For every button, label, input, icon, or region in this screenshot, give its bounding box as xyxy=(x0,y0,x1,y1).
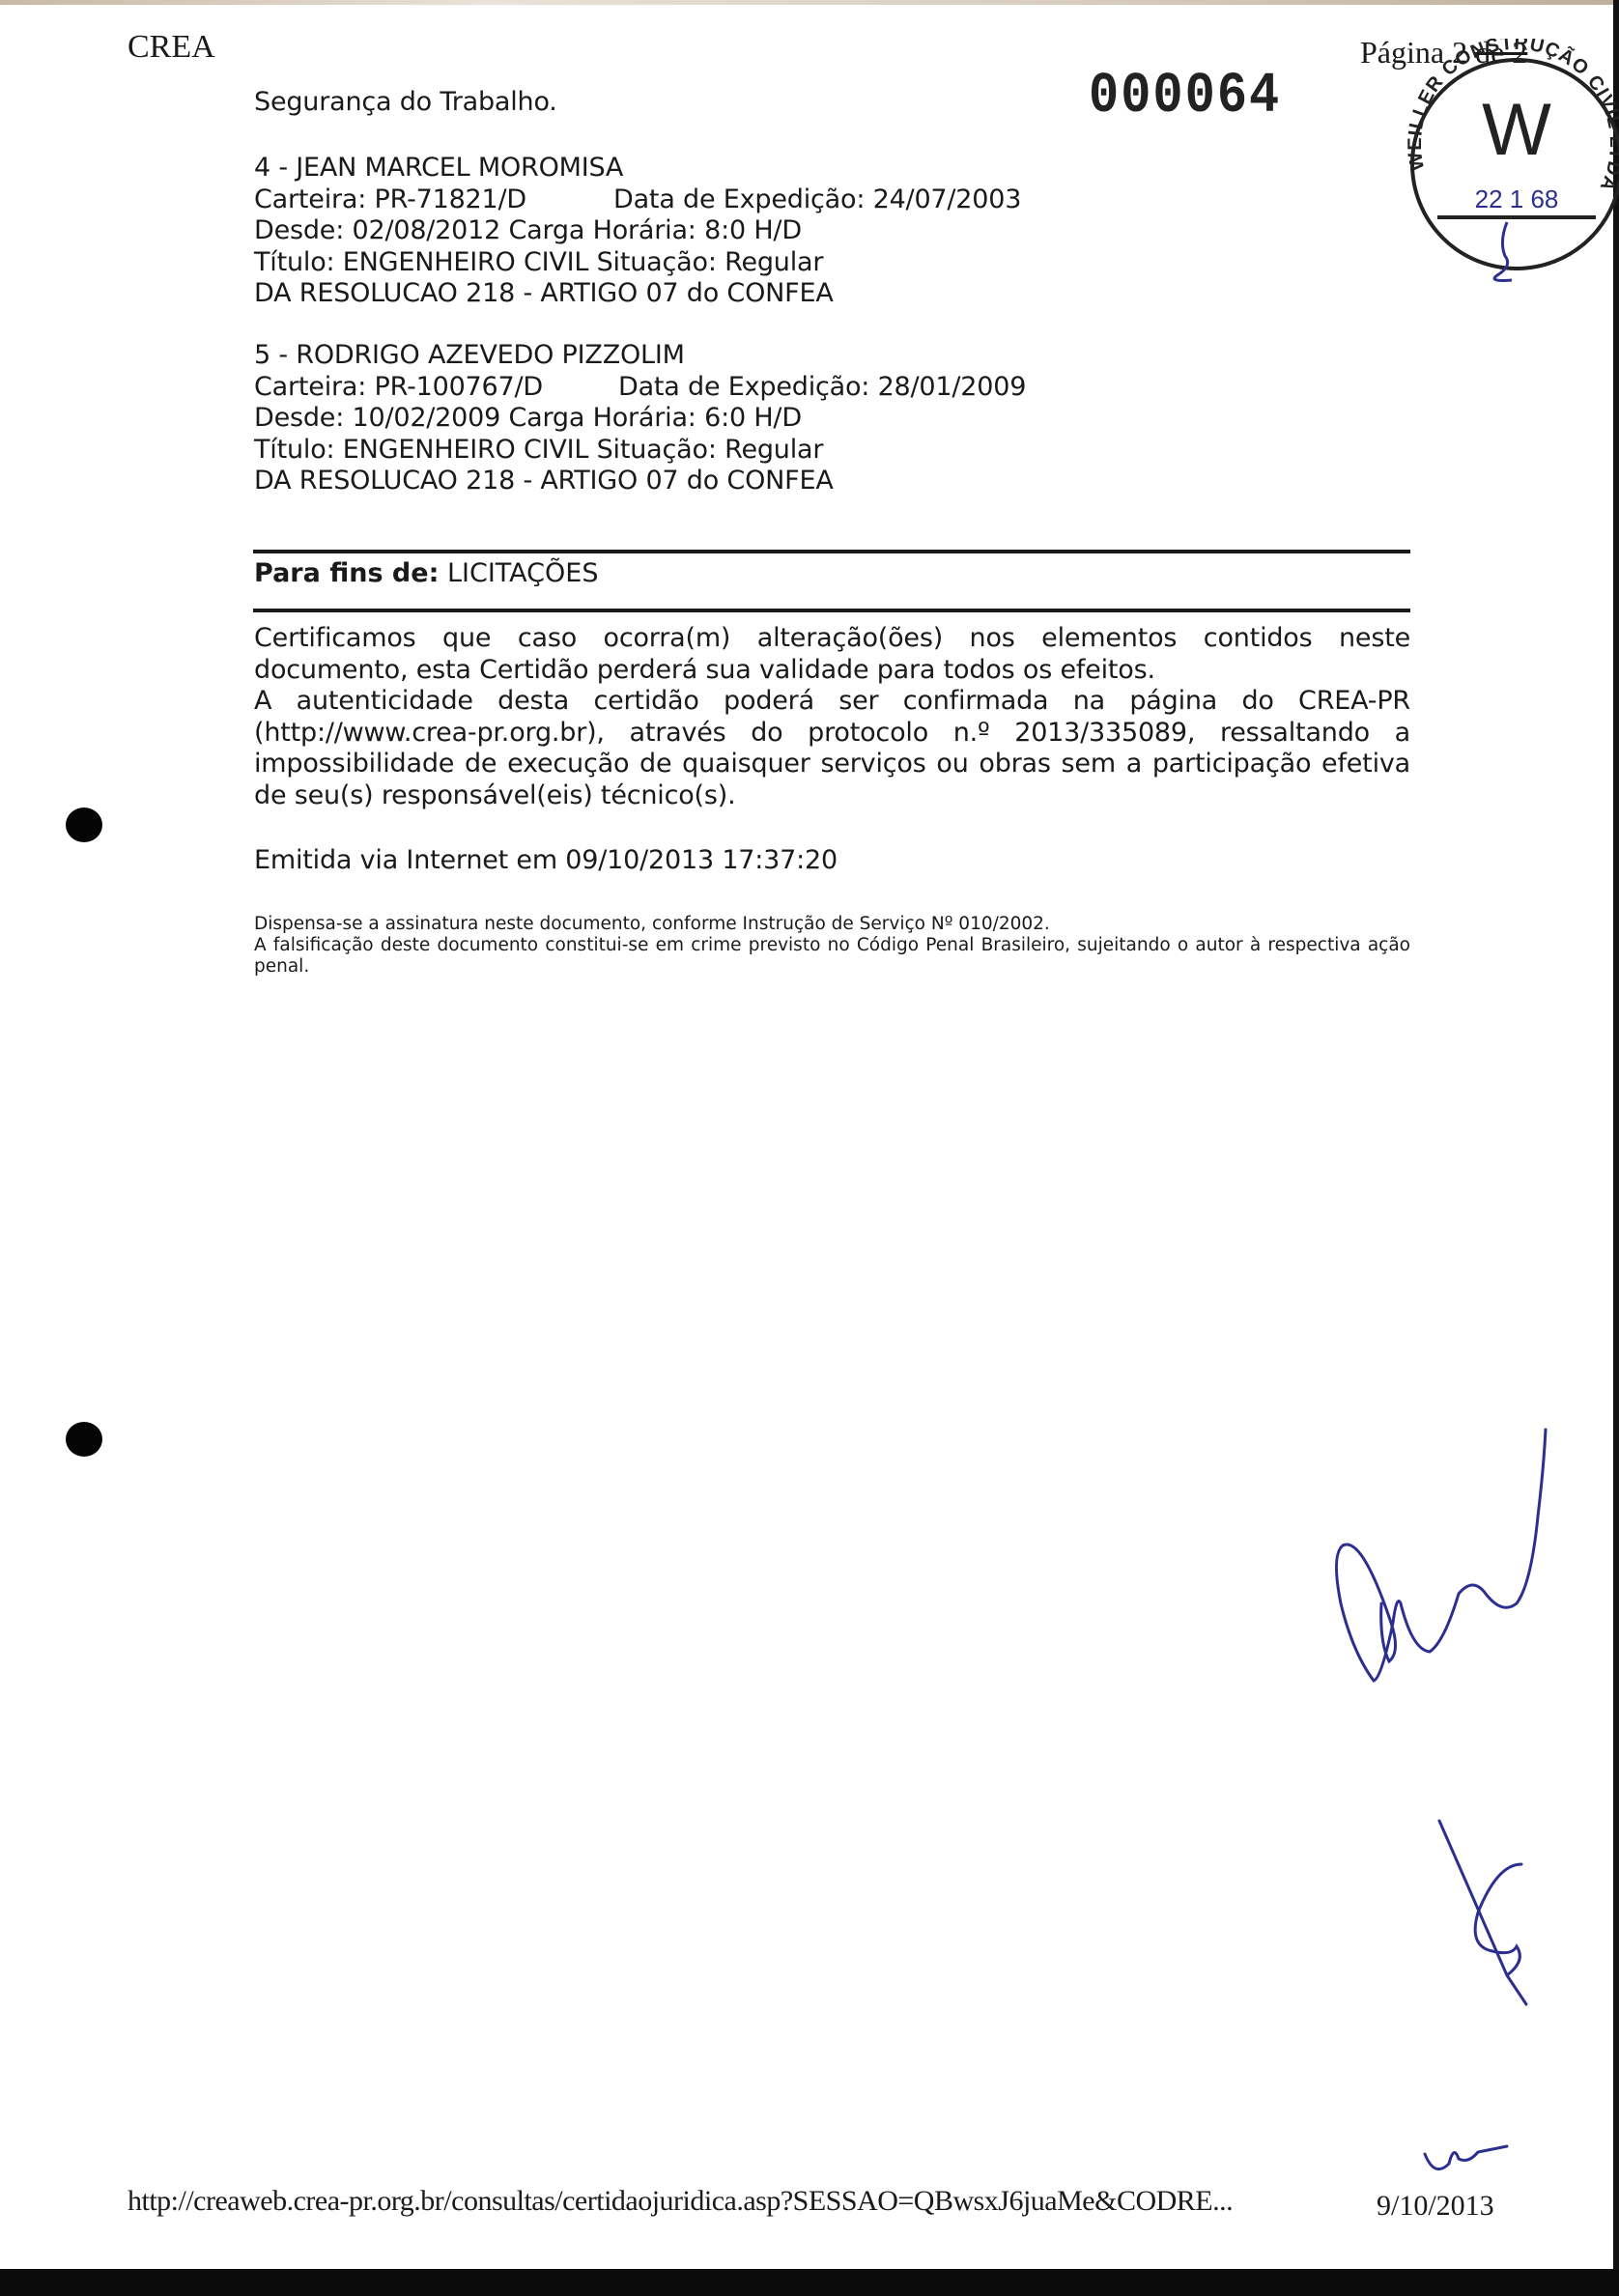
disclaimer-line: A falsificação deste documento constitui… xyxy=(254,935,1410,978)
signature-icon xyxy=(1323,1410,1575,1700)
disclaimer: Dispensa-se a assinatura neste documento… xyxy=(254,914,1410,978)
stamp-initial: W xyxy=(1482,89,1551,171)
punch-hole xyxy=(66,808,102,842)
carteira: Carteira: PR-71821/D xyxy=(254,184,526,214)
titulo-situacao: Título: ENGENHEIRO CIVIL Situação: Regul… xyxy=(254,247,1021,279)
divider xyxy=(253,609,1410,612)
certification-paragraph: Certificamos que caso ocorra(m) alteraçã… xyxy=(254,623,1410,686)
footer-url: http://creaweb.crea-pr.org.br/consultas/… xyxy=(128,2185,1233,2218)
intro-line: Segurança do Trabalho. xyxy=(254,87,557,119)
expedicao-date: Data de Expedição: 24/07/2003 xyxy=(613,184,1021,214)
professional-heading: 4 - JEAN MARCEL MOROMISA xyxy=(254,153,1021,184)
org-header: CREA xyxy=(128,29,215,66)
resolucao: DA RESOLUCAO 218 - ARTIGO 07 do CONFEA xyxy=(254,278,1021,310)
scan-edge-top xyxy=(0,0,1619,5)
desde-carga: Desde: 02/08/2012 Carga Horária: 8:0 H/D xyxy=(254,215,1021,247)
emission-timestamp: Emitida via Internet em 09/10/2013 17:37… xyxy=(254,845,838,877)
certification-text: Certificamos que caso ocorra(m) alteraçã… xyxy=(254,623,1410,811)
company-stamp-icon: WEILLER CONSTRUÇÃO CIVIL LTDA W 22 1 68 xyxy=(1391,39,1619,290)
professional-registration-row: Carteira: PR-100767/DData de Expedição: … xyxy=(254,372,1026,404)
professional-heading: 5 - RODRIGO AZEVEDO PIZZOLIM xyxy=(254,340,1026,372)
scan-edge-right xyxy=(1613,0,1619,2296)
certification-paragraph: A autenticidade desta certidão poderá se… xyxy=(254,686,1410,811)
scan-edge-bottom xyxy=(0,2269,1619,2296)
professional-entry: 5 - RODRIGO AZEVEDO PIZZOLIM Carteira: P… xyxy=(254,340,1026,497)
desde-carga: Desde: 10/02/2009 Carga Horária: 6:0 H/D xyxy=(254,403,1026,435)
initials-icon xyxy=(1430,1811,1546,2024)
purpose-value: LICITAÇÕES xyxy=(447,558,599,588)
professional-entry: 4 - JEAN MARCEL MOROMISA Carteira: PR-71… xyxy=(254,153,1021,310)
titulo-situacao: Título: ENGENHEIRO CIVIL Situação: Regul… xyxy=(254,435,1026,467)
punch-hole xyxy=(66,1422,102,1457)
document-number-stamp: 000064 xyxy=(1089,64,1281,129)
purpose-label: Para fins de: xyxy=(254,558,439,588)
footer-date: 9/10/2013 xyxy=(1377,2190,1494,2223)
stamp-handwritten-number: 22 1 68 xyxy=(1475,184,1559,213)
resolucao: DA RESOLUCAO 218 - ARTIGO 07 do CONFEA xyxy=(254,466,1026,497)
purpose-line: Para fins de: LICITAÇÕES xyxy=(254,558,598,588)
professional-registration-row: Carteira: PR-71821/DData de Expedição: 2… xyxy=(254,184,1021,216)
expedicao-date: Data de Expedição: 28/01/2009 xyxy=(618,372,1026,402)
divider xyxy=(253,550,1410,553)
disclaimer-line: Dispensa-se a assinatura neste documento… xyxy=(254,914,1410,935)
carteira: Carteira: PR-100767/D xyxy=(254,372,543,402)
initials-icon xyxy=(1420,2125,1517,2183)
